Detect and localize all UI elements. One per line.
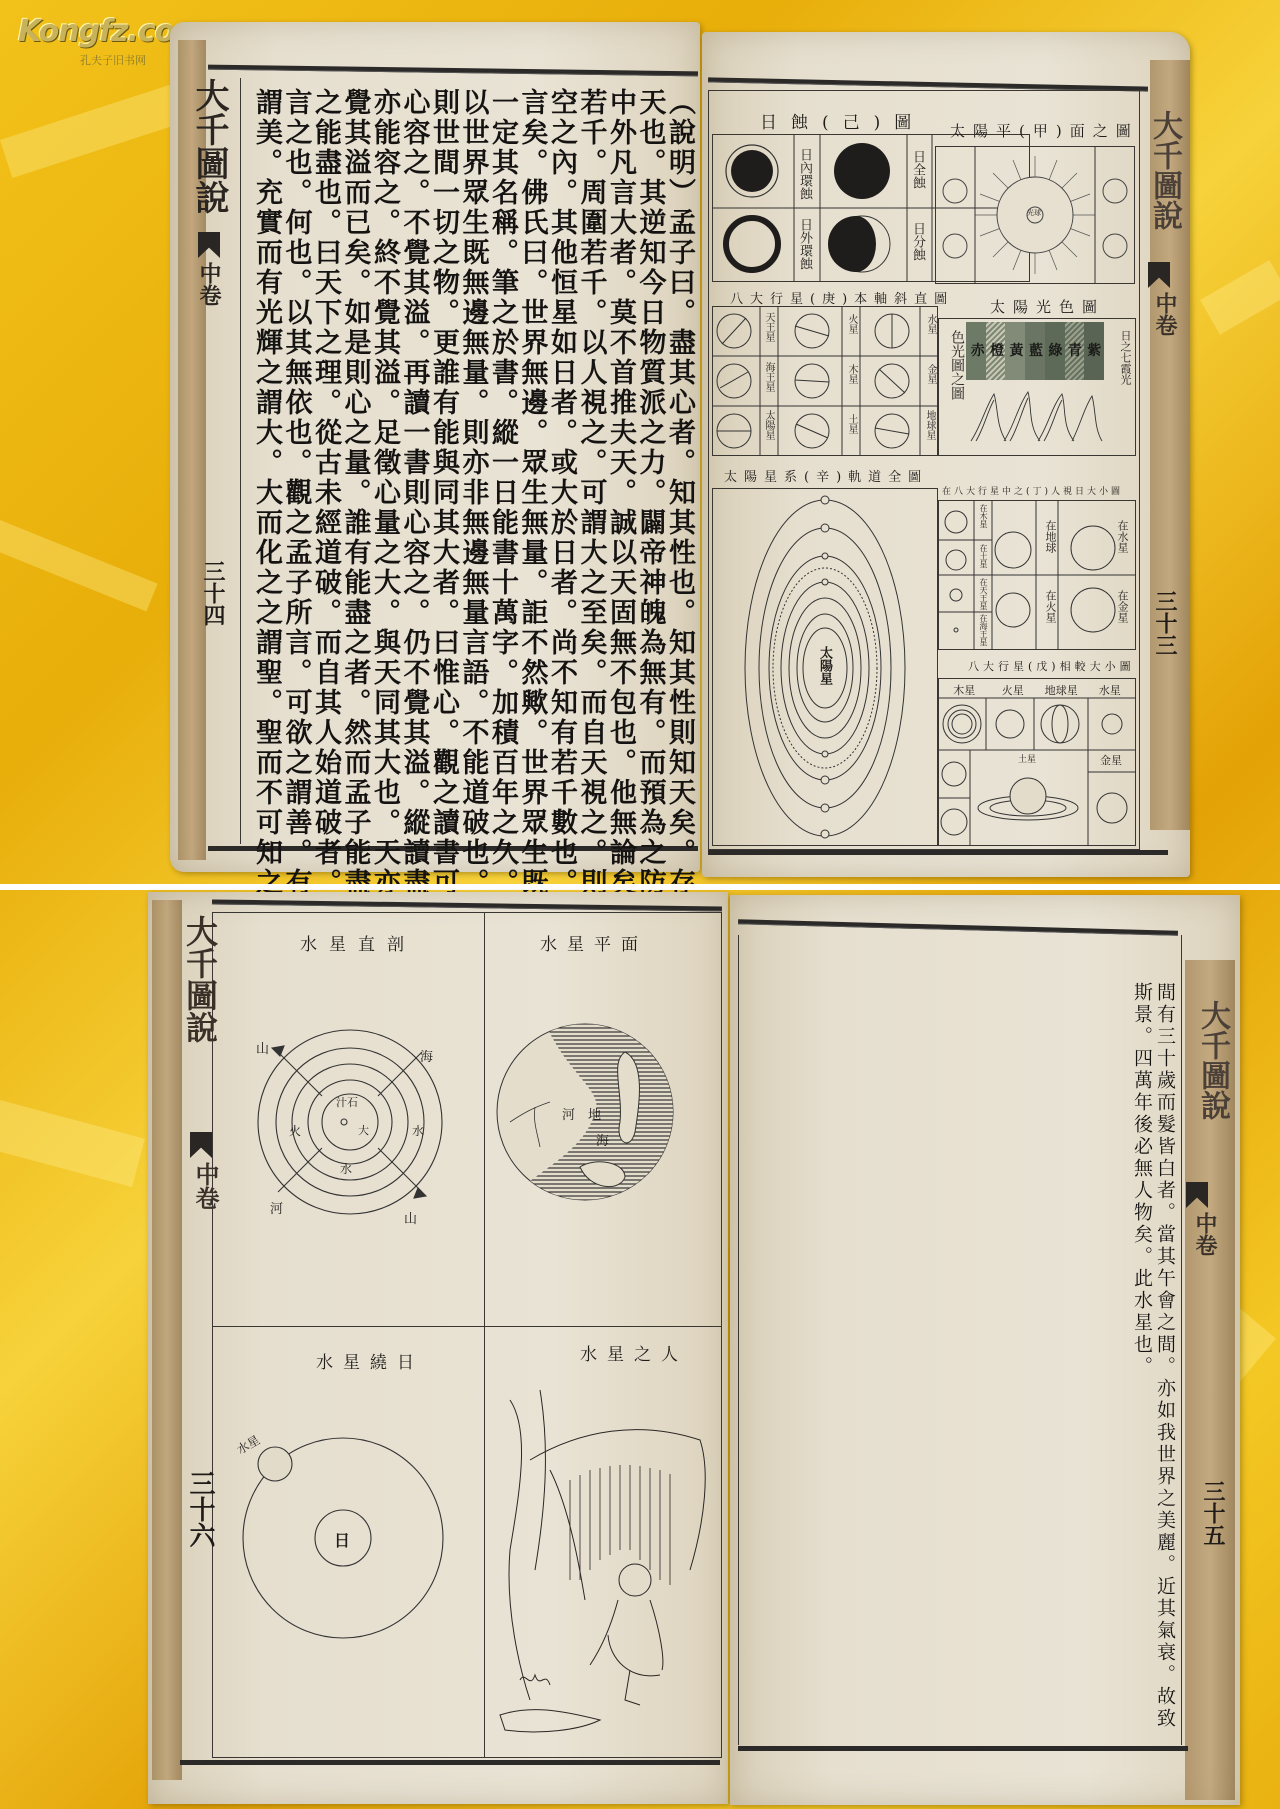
color-label: 赤 <box>968 340 987 360</box>
color-label: 紫 <box>1085 340 1104 360</box>
sun-center-label: 太陽星 <box>817 646 832 685</box>
map-label: 火 <box>289 1122 301 1139</box>
eclipse-label: 日外環蝕 <box>797 218 811 270</box>
page-number: 三十六 <box>182 1470 219 1548</box>
eclipse-title: 日蝕(己)圖 <box>760 108 925 133</box>
sun-size-label: 在水星 <box>1115 520 1129 553</box>
text-column: 以世界眾生既無邊無量。則亦非無邊無量言語。不能道破也。天量如是之大。 <box>458 88 488 838</box>
text-column: 之能盡也。曰天下之理。從古未經道破。而自其人始道破者。則必先能之而後 <box>311 88 341 838</box>
text-column: 覺其溢而已矣。如是則心之量。誰有能盡之者。然而孟子能盡之。何由知孟子 <box>340 88 370 838</box>
planet-size-label: 金星 <box>1100 752 1122 768</box>
solar-system-title: 太陽星系(辛)軌道全圖 <box>724 466 928 485</box>
color-label: 黃 <box>1007 340 1026 360</box>
spectrum-side-right: 日之七霞光 <box>1115 330 1135 385</box>
planet-label: 地球星 <box>924 410 935 440</box>
text-column: 天也。其逆知今日物質派之力。闢帝神魄為無有。而預為之防矣。何者。古今 <box>635 88 665 838</box>
color-label: 藍 <box>1026 340 1045 360</box>
sun-center-label: 光球 <box>1027 208 1041 218</box>
map-label: 河 <box>562 1104 575 1123</box>
aurora-flames-icon <box>966 386 1104 448</box>
planet-label: 水星 <box>924 314 937 334</box>
map-label: 海 <box>420 1046 433 1065</box>
map-label: 山 <box>404 1208 417 1227</box>
mercury-person-illustration <box>490 1370 720 1750</box>
map-label: 山 <box>256 1038 269 1057</box>
color-label: 綠 <box>1046 340 1065 360</box>
planet-label: 海王星 <box>763 362 774 392</box>
spectrum-title: 太陽光色圖 <box>990 296 1105 317</box>
planet-label: 金星 <box>924 364 937 384</box>
book-title-margin: 大千圖說 <box>190 78 228 214</box>
sun-size-label: 在地球 <box>1043 520 1057 553</box>
sun-size-label: 在火星 <box>1043 590 1057 623</box>
sun-size-label: 在天王星 <box>979 578 987 610</box>
panel-title: 水星之人 <box>580 1340 688 1365</box>
bottom-rule <box>738 1746 1188 1751</box>
planet-label: 火星 <box>845 314 858 334</box>
planet-size-label: 土星 <box>1018 752 1036 765</box>
map-label: 海 <box>596 1130 609 1149</box>
planet-label: 木星 <box>845 364 858 384</box>
map-label: 汁石 <box>336 1094 358 1110</box>
book-title-margin: 大千圖說 <box>1190 1000 1234 1120</box>
sun-size-label: 在海王星 <box>979 614 987 646</box>
text-column: 言之也。何也。以其無依也。觀之孟子所言。可欲之謂善。有諸己之謂信。充實之 <box>281 88 311 838</box>
text-column: 斯景。四萬年後必無人物矣。此水星也。 <box>1130 982 1153 1742</box>
fabric-fold <box>0 84 184 178</box>
spectrum-color-labels: 赤 橙 黃 藍 綠 青 紫 <box>968 340 1104 360</box>
volume-label: 中卷 <box>194 262 225 306</box>
planet-axes-icons <box>712 306 938 456</box>
map-label: 河 <box>270 1198 283 1217</box>
text-column: 心容之。不覺其溢。再讀一書則心容之。仍不覺其溢。縱讀盡古往今來之書。心 <box>399 88 429 838</box>
fabric-fold <box>1200 260 1280 335</box>
text-column: 謂美。充實而有光輝之謂大。大而化之之謂聖。聖而不可知之謂神之說。益信 <box>252 88 282 838</box>
planet-label: 太陽星 <box>763 410 774 440</box>
panel-divider-horizontal <box>212 1326 722 1327</box>
text-column: 中外凡言大者。莫不首推夫天。誠以天固無不包也。他無論矣。即如日體直徑 <box>606 88 636 838</box>
text-column: 亦能容之。終不覺其溢。足徵心量之大。與天同其大也。天亦無非能容物物不 <box>370 88 400 838</box>
sun-size-label: 在金星 <box>1115 590 1129 623</box>
panel-title: 水星直剖 <box>300 930 416 955</box>
planet-sizes-title: 八大行星(戊)相較大小圖 <box>968 658 1135 674</box>
volume-label: 中卷 <box>1150 292 1181 336</box>
sun-size-circles-icon <box>938 500 1136 650</box>
eclipse-label: 日分蝕 <box>910 222 924 261</box>
panel-title: 水星平面 <box>540 930 648 955</box>
map-label: 水 <box>340 1160 352 1177</box>
text-column: 則世間一切之物。更誰有能與同其大者。曰惟心。觀之讀書可知矣。讀一書則 <box>429 88 459 838</box>
planet-label: 天王星 <box>763 312 774 342</box>
map-label: 大 <box>358 1122 369 1138</box>
text-column: 一定其名稱。筆之於書。縱一日能書十萬字。加積百年之久。亦不能書畢也。誠 <box>488 88 518 838</box>
sun-surface-title: 太陽平(甲)面之圖 <box>950 120 1139 141</box>
text-frame <box>738 935 1182 1745</box>
fabric-fold <box>0 520 158 611</box>
mercury-surface-map-icon <box>495 1022 675 1202</box>
text-columns: 間有三十歲而髮皆白者。當其午會之間。亦如我世界之美麗。近其氣衰。故致 斯景。四萬… <box>1126 982 1176 1742</box>
volume-label: 中卷 <box>1190 1212 1221 1256</box>
eclipse-label: 日內環蝕 <box>797 148 811 200</box>
fabric-fold <box>0 1100 145 1187</box>
main-text-columns: （說明）孟子曰。盡其心者。知其性也。知其性則知天矣。存其心養其性所以事 天也。其… <box>246 88 694 838</box>
sun-size-title: 在八大行星中之(丁)人視日大小圖 <box>942 484 1123 497</box>
map-label: 地 <box>588 1104 601 1123</box>
color-label: 橙 <box>987 340 1006 360</box>
planet-label: 土星 <box>845 414 858 434</box>
text-column: 言矣。佛氏曰。世界無邊。眾生無量。詎不然歟。世界眾生既無邊無量。若必欲一 <box>517 88 547 838</box>
orbit-label: 日 <box>334 1528 350 1551</box>
sun-size-label: 在土星 <box>979 544 988 568</box>
page-number: 三十四 <box>198 560 229 626</box>
volume-label: 中卷 <box>188 1162 223 1210</box>
color-label: 青 <box>1065 340 1084 360</box>
bottom-rule <box>180 1760 720 1765</box>
bottom-rule <box>708 850 1168 855</box>
planet-axes-title: 八大行星(庚)本軸斜直圖 <box>730 288 954 307</box>
text-column: （說明）孟子曰。盡其心者。知其性也。知其性則知天矣。存其心養其性所以事 <box>665 88 695 838</box>
photo-divider <box>0 884 1280 890</box>
text-column: 若千。周圍若千。以人視之。可謂大之至矣。而自天視之。則固不過一微塵耳。天 <box>576 88 606 838</box>
text-column: 間有三十歲而髮皆白者。當其午會之間。亦如我世界之美麗。近其氣衰。故致 <box>1153 982 1176 1742</box>
panel-divider-vertical <box>484 912 485 1758</box>
book-title-margin: 大千圖說 <box>176 915 224 1043</box>
text-column: 空之內。其他恒星如日者。或大於日者。尚不知有若千數也。而一切行星不待 <box>547 88 577 838</box>
page-number: 三十三 <box>1150 590 1181 656</box>
page-number: 三十五 <box>1198 1480 1229 1546</box>
map-label: 水 <box>412 1122 424 1139</box>
watermark-subtitle: 孔夫子旧书网 <box>80 52 146 68</box>
panel-title: 水星繞日 <box>316 1348 424 1373</box>
eclipse-label: 日全蝕 <box>910 150 924 189</box>
book-title-margin: 大千圖說 <box>1146 110 1182 230</box>
sun-size-label: 在木星 <box>979 504 988 528</box>
